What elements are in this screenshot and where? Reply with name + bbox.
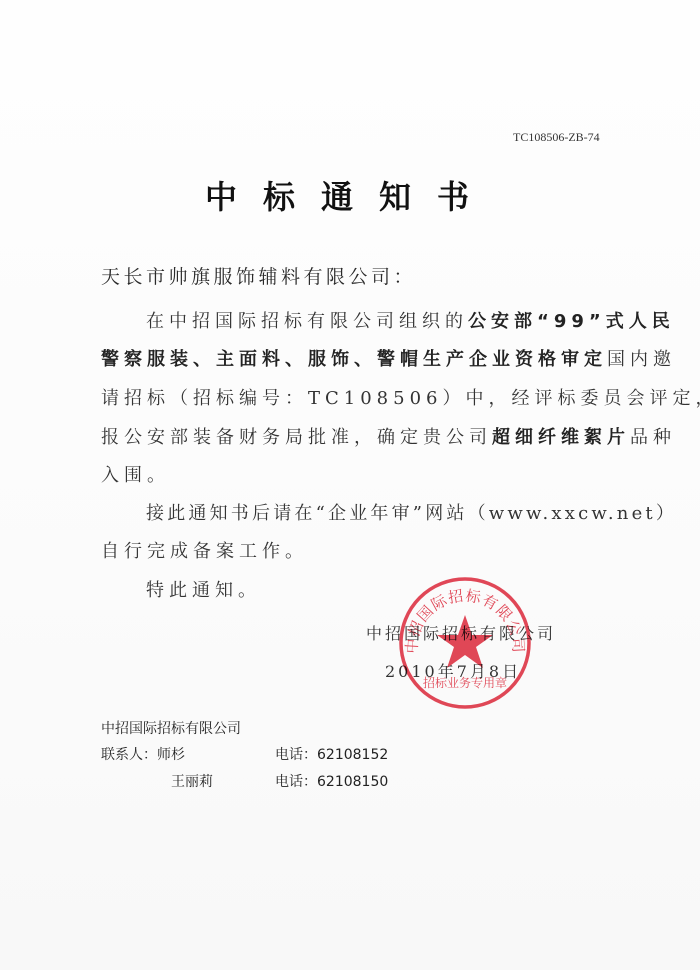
paragraph-2-line-2: 自行完成备案工作。 bbox=[101, 537, 308, 563]
footer-contact-row: 联系人：师杉 电话：62108152 bbox=[101, 744, 501, 764]
paragraph-1-line-2: 警察服装、主面料、服饰、警帽生产企业资格审定国内邀 bbox=[101, 345, 676, 371]
text-segment: 在中招国际招标有限公司组织的 bbox=[146, 311, 468, 332]
contact-phone: 电话：62108152 bbox=[275, 744, 388, 764]
star-icon bbox=[437, 615, 493, 668]
contact-name: 王丽莉 bbox=[171, 774, 213, 790]
phone-number: 62108152 bbox=[317, 747, 388, 763]
contact-name: 师杉 bbox=[157, 747, 185, 763]
text-segment: 国内邀 bbox=[607, 349, 676, 370]
project-name-bold: 公安部“99”式人民 bbox=[468, 311, 675, 332]
text-segment: 报公安部装备财务局批准，确定贵公司 bbox=[101, 427, 492, 448]
addressee: 天长市帅旗服饰辅料有限公司： bbox=[101, 262, 416, 289]
paragraph-2-line-1: 接此通知书后请在“企业年审”网站（www.xxcw.net） bbox=[146, 499, 677, 525]
paragraph-1-line-5: 入围。 bbox=[101, 461, 170, 487]
paragraph-1-line-3: 请招标（招标编号：TC108506）中，经评标委员会评定， bbox=[101, 384, 700, 410]
phone-number: 62108150 bbox=[317, 774, 388, 790]
closing-remark: 特此通知。 bbox=[146, 576, 261, 602]
reference-number: TC108506-ZB-74 bbox=[513, 130, 600, 145]
stamp-bottom-text: 招标业务专用章 bbox=[423, 675, 507, 690]
phone-label: 电话： bbox=[275, 747, 317, 763]
contact-phone: 电话：62108150 bbox=[275, 771, 388, 791]
product-name-bold: 超细纤维絮片 bbox=[492, 427, 630, 448]
phone-label: 电话： bbox=[275, 774, 317, 790]
paragraph-1-line-4: 报公安部装备财务局批准，确定贵公司超细纤维絮片品种 bbox=[101, 423, 676, 449]
footer-contact-row: 王丽莉 电话：62108150 bbox=[101, 771, 501, 791]
paragraph-1-line-1: 在中招国际招标有限公司组织的公安部“99”式人民 bbox=[146, 307, 675, 333]
document-title: 中标通知书 bbox=[205, 172, 495, 218]
contact-label: 联系人： bbox=[101, 747, 157, 763]
document-page: TC108506-ZB-74 中标通知书 天长市帅旗服饰辅料有限公司： 在中招国… bbox=[0, 0, 700, 970]
footer-organization: 中招国际招标有限公司 bbox=[101, 718, 241, 738]
text-segment: 品种 bbox=[630, 427, 676, 448]
project-name-bold: 警察服装、主面料、服饰、警帽生产企业资格审定 bbox=[101, 349, 607, 370]
official-seal-stamp: 中招国际招标有限公司 招标业务专用章 bbox=[397, 575, 533, 711]
